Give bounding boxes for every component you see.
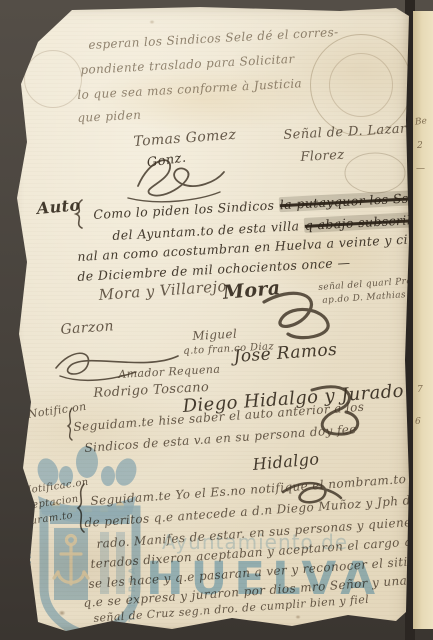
signature-miguel: Miguel bbox=[192, 327, 238, 343]
rubric-flourish bbox=[118, 150, 233, 205]
document-scan: Be 2 — 7 6 esperan los Sindicos Sele dé … bbox=[0, 0, 433, 640]
adjacent-ink-fragment: 7 bbox=[417, 385, 423, 395]
rubric-flourish-mora bbox=[252, 284, 340, 344]
faint-stamp-icon bbox=[24, 50, 82, 108]
auto-line-1-struck: la putayquor los Ss. bbox=[278, 190, 414, 212]
adjacent-ink-fragment: 6 bbox=[415, 417, 421, 427]
manuscript-page: esperan los Sindicos Sele dé el corres- … bbox=[0, 0, 412, 640]
adjacent-ink-fragment: Be bbox=[415, 116, 428, 127]
signature-garzon: Garzon bbox=[60, 318, 114, 338]
signature-tomas-gomez: Tomas Gomez bbox=[133, 127, 237, 150]
anchor-icon bbox=[54, 536, 88, 585]
adjacent-ink-fragment: — bbox=[416, 164, 425, 174]
signature-lazaro-line1: Señal de D. Lazaro bbox=[283, 121, 415, 143]
petition-line-4: que piden bbox=[77, 108, 142, 125]
petition-line-1: esperan los Sindicos Sele dé el corres- bbox=[88, 25, 339, 52]
brace-mark bbox=[70, 198, 86, 226]
signature-hidalgo: Hidalgo bbox=[252, 449, 320, 474]
adjacent-page-sliver: Be 2 — 7 6 bbox=[413, 11, 433, 629]
petition-line-3: lo que sea mas conforme à Justicia bbox=[77, 76, 302, 102]
signature-lazaro-line2: Florez bbox=[300, 148, 345, 165]
embossed-seal-inner-ring bbox=[329, 53, 393, 117]
watermark-motto-left: PORTUS MARIS bbox=[24, 531, 34, 632]
adjacent-ink-fragment: 2 bbox=[417, 141, 423, 151]
acceptance-margin-label-3: y Juram.to bbox=[16, 510, 74, 529]
petition-line-2: pondiente traslado para Solicitar bbox=[80, 52, 295, 77]
notification-margin-label: Notific.on bbox=[27, 400, 87, 421]
